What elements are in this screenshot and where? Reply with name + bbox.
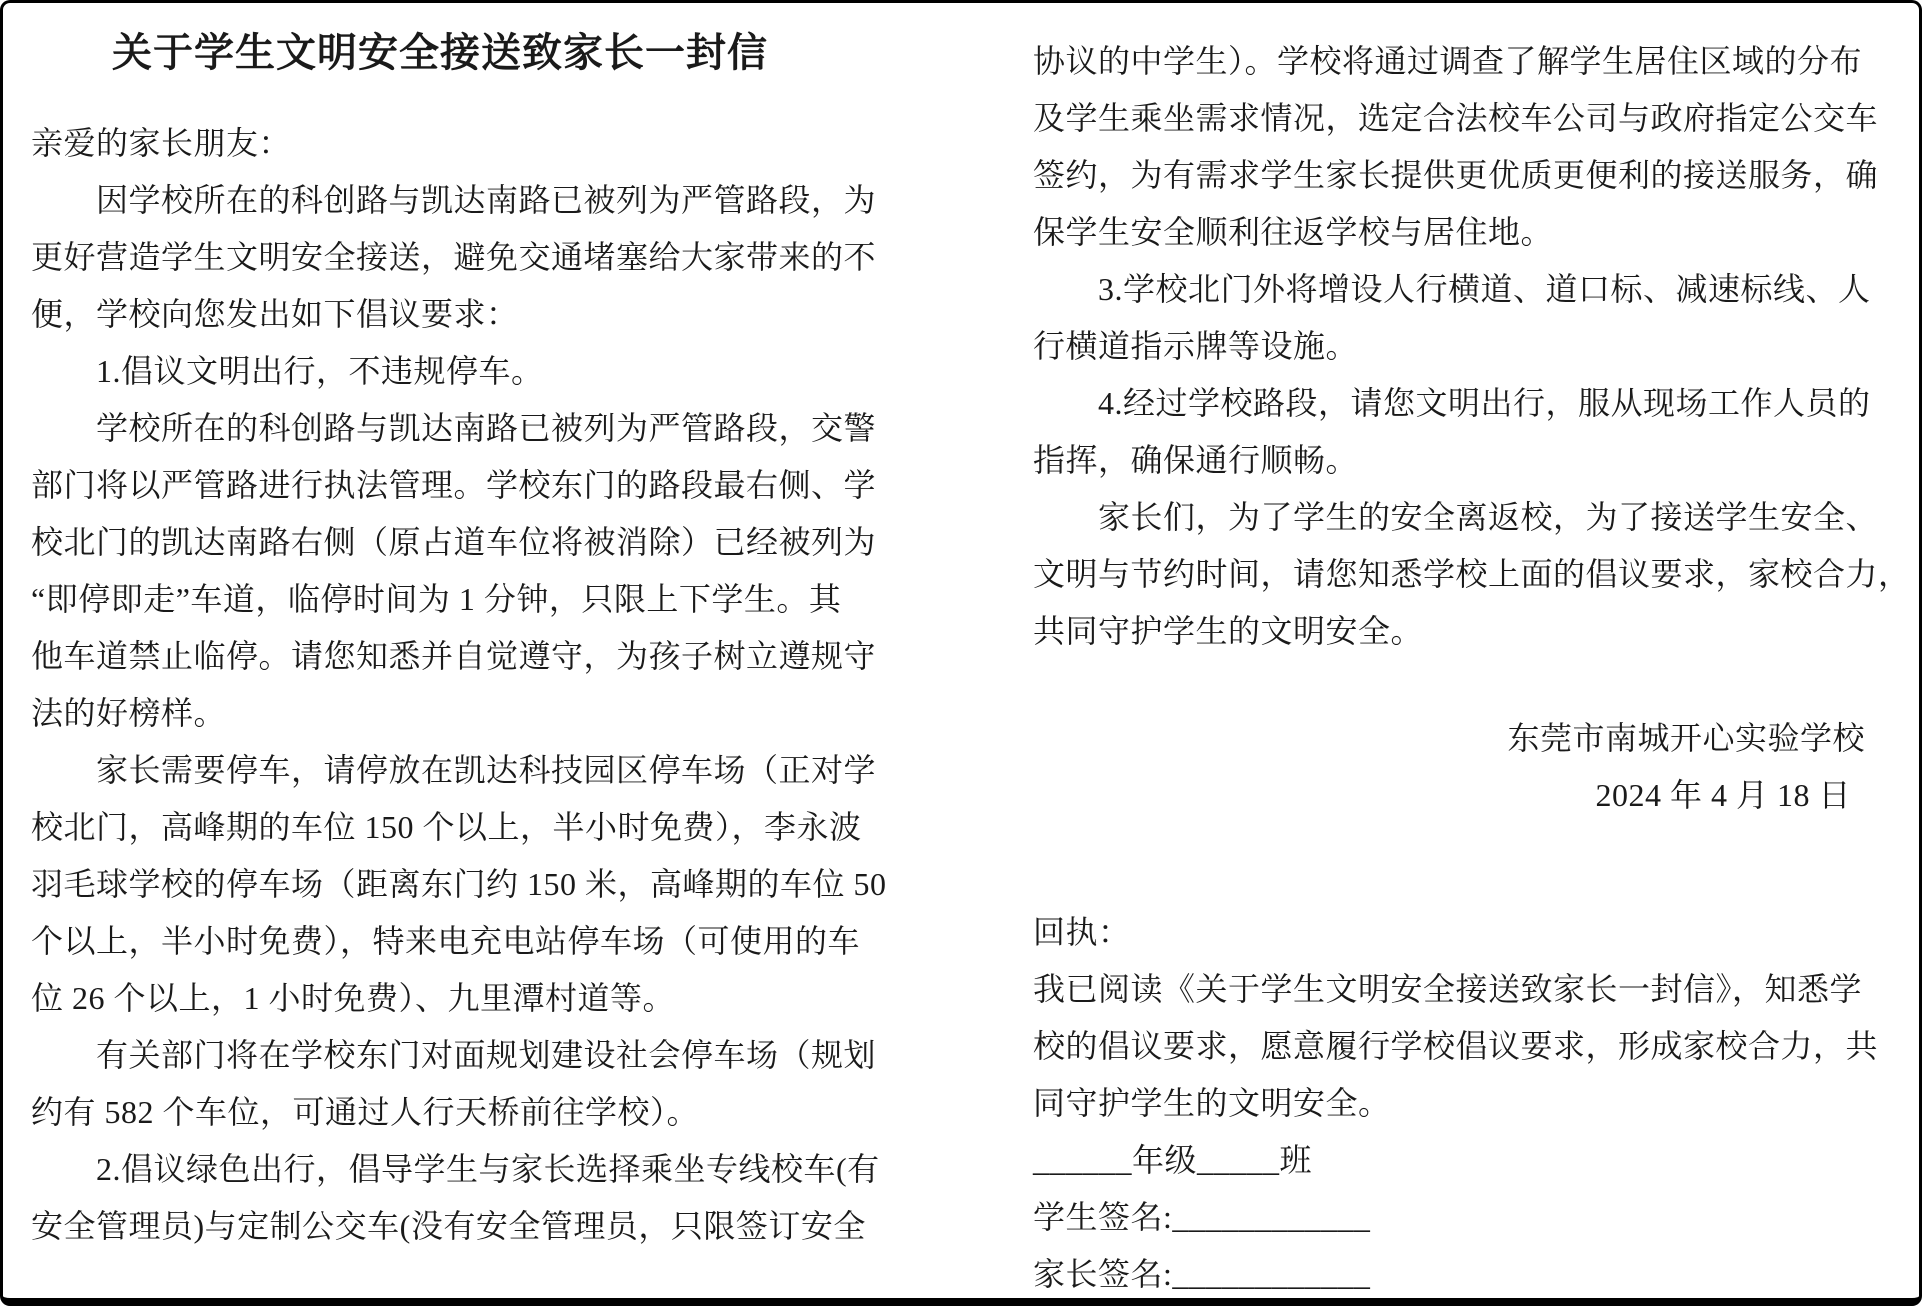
document-line: 学校所在的科创路与凯达南路已被列为严管路段，交警 [31, 400, 849, 457]
document-line: 他车道禁止临停。请您知悉并自觉遵守，为孩子树立遵规守 [31, 628, 849, 685]
document-line: 家长需要停车，请停放在凯达科技园区停车场（正对学 [31, 742, 849, 799]
document-line: 部门将以严管路进行执法管理。学校东门的路段最右侧、学 [31, 457, 849, 514]
signature-school: 东莞市南城开心实验学校 [1033, 710, 1885, 767]
document-line: 及学生乘坐需求情况，选定合法校车公司与政府指定公交车 [1033, 90, 1885, 147]
document-line: 约有 582 个车位，可通过人行天桥前往学校）。 [31, 1084, 849, 1141]
document-line: 签约，为有需求学生家长提供更优质更便利的接送服务，确 [1033, 147, 1885, 204]
document-line: 安全管理员)与定制公交车(没有安全管理员，只限签订安全 [31, 1198, 849, 1255]
document-line: 更好营造学生文明安全接送，避免交通堵塞给大家带来的不 [31, 229, 849, 286]
receipt-line: 校的倡议要求，愿意履行学校倡议要求，形成家校合力，共 [1033, 1018, 1885, 1075]
left-column: 关于学生文明安全接送致家长一封信 亲爱的家长朋友： 因学校所在的科创路与凯达南路… [31, 3, 849, 1303]
document-line: 共同守护学生的文明安全。 [1033, 603, 1885, 660]
signature-date: 2024 年 4 月 18 日 [1033, 767, 1885, 824]
left-column-text: 亲爱的家长朋友： 因学校所在的科创路与凯达南路已被列为严管路段，为 更好营造学生… [31, 115, 849, 1255]
document-line: 指挥，确保通行顺畅。 [1033, 432, 1885, 489]
letter-page: 关于学生文明安全接送致家长一封信 亲爱的家长朋友： 因学校所在的科创路与凯达南路… [0, 0, 1922, 1306]
letter-columns: 关于学生文明安全接送致家长一封信 亲爱的家长朋友： 因学校所在的科创路与凯达南路… [3, 3, 1919, 1303]
document-line: 因学校所在的科创路与凯达南路已被列为严管路段，为 [31, 172, 849, 229]
receipt-section: 回执： 我已阅读《关于学生文明安全接送致家长一封信》，知悉学 校的倡议要求，愿意… [1033, 904, 1885, 1303]
document-line: 羽毛球学校的停车场（距离东门约 150 米，高峰期的车位 50 [31, 856, 849, 913]
right-column: 协议的中学生）。学校将通过调查了解学生居住区域的分布 及学生乘坐需求情况，选定合… [1033, 3, 1885, 1303]
document-title: 关于学生文明安全接送致家长一封信 [31, 25, 849, 81]
document-line: 校北门的凯达南路右侧（原占道车位将被消除）已经被列为 [31, 514, 849, 571]
document-line: 位 26 个以上，1 小时免费）、九里潭村道等。 [31, 970, 849, 1027]
student-signature-line: 学生签名:____________ [1033, 1189, 1885, 1246]
document-line: 2.倡议绿色出行，倡导学生与家长选择乘坐专线校车(有 [31, 1141, 849, 1198]
document-line: 4.经过学校路段，请您文明出行，服从现场工作人员的 [1033, 375, 1885, 432]
document-line: 文明与节约时间，请您知悉学校上面的倡议要求，家校合力， [1033, 546, 1885, 603]
receipt-label: 回执： [1033, 904, 1885, 961]
document-line: 保学生安全顺利往返学校与居住地。 [1033, 204, 1885, 261]
document-line: 协议的中学生）。学校将通过调查了解学生居住区域的分布 [1033, 33, 1885, 90]
document-line: 亲爱的家长朋友： [31, 115, 849, 172]
document-line: 校北门，高峰期的车位 150 个以上，半小时免费），李永波 [31, 799, 849, 856]
document-line: 行横道指示牌等设施。 [1033, 318, 1885, 375]
document-line: 有关部门将在学校东门对面规划建设社会停车场（规划 [31, 1027, 849, 1084]
document-line: 家长们，为了学生的安全离返校，为了接送学生安全、 [1033, 489, 1885, 546]
document-line: “即停即走”车道，临停时间为 1 分钟，只限上下学生。其 [31, 571, 849, 628]
grade-class-line: ______年级_____班 [1033, 1132, 1885, 1189]
document-line: 1.倡议文明出行，不违规停车。 [31, 343, 849, 400]
right-column-text: 协议的中学生）。学校将通过调查了解学生居住区域的分布 及学生乘坐需求情况，选定合… [1033, 33, 1885, 660]
document-line: 3.学校北门外将增设人行横道、道口标、减速标线、人 [1033, 261, 1885, 318]
receipt-line: 同守护学生的文明安全。 [1033, 1075, 1885, 1132]
document-line: 法的好榜样。 [31, 685, 849, 742]
document-line: 便，学校向您发出如下倡议要求： [31, 286, 849, 343]
parent-signature-line: 家长签名:____________ [1033, 1246, 1885, 1303]
document-line: 个以上，半小时免费），特来电充电站停车场（可使用的车 [31, 913, 849, 970]
receipt-line: 我已阅读《关于学生文明安全接送致家长一封信》，知悉学 [1033, 961, 1885, 1018]
